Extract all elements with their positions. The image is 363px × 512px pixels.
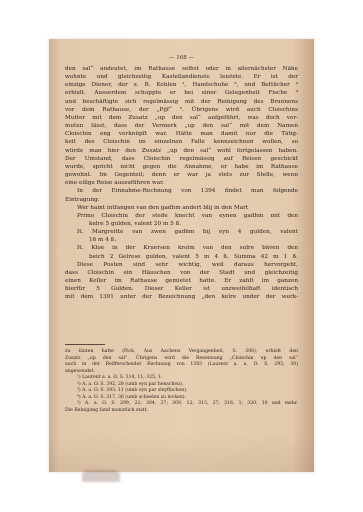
footnotes: zu läuten hatte (Pick, Aus Aachens Verga… xyxy=(65,349,298,414)
text-line: Eintragung: xyxy=(65,196,298,204)
text-line: einzige Diener, der z. B. Kohlen ¹, Hand… xyxy=(65,81,298,89)
text-line: würde man hier den Zusatz „up den sal“ w… xyxy=(65,147,298,155)
quote-line: beich 2 Gelrese gulden, valent 5 m 4 ß. … xyxy=(65,253,298,261)
quote-line: Primo Cloischin der stede knecht van eyn… xyxy=(65,212,298,220)
text-line: vor dem Rathause, der „Pijf“ ⁵. Übrigens… xyxy=(65,106,298,114)
footnote-divider xyxy=(65,344,105,345)
book-page: — 168 — den sal“ andeutet, im Rathause s… xyxy=(49,39,314,472)
scan-shadow xyxy=(82,470,120,482)
quote-line: It. Margreitte van zwen gadhm bij eyn 4 … xyxy=(65,228,298,236)
text-line: Diese Posten sind sehr wichtig, weil dar… xyxy=(65,261,298,269)
text-line: dass Cloischin ein Häuschen von der Stad… xyxy=(65,269,298,277)
main-text: den sal“ andeutet, im Rathause selbst od… xyxy=(65,65,298,302)
page-number: — 168 — xyxy=(49,55,314,61)
text-line: Mutter mit dem Zusatz „up den sal“ aufge… xyxy=(65,114,298,122)
footnote-line: auch in der Reifferscheider Rechnung von… xyxy=(65,362,298,369)
quote-line: kelre 5 gulden, valent 20 m 5 ß. xyxy=(65,220,298,228)
text-line: Der Umstand, dass Cloischin regelmässig … xyxy=(65,155,298,163)
footnote-closing: Die Reinigung fand monatlich statt. xyxy=(65,408,298,415)
text-line: muten lässt, dass der Vermerk „up den sa… xyxy=(65,122,298,130)
quote-line: 16 m 4 ß. xyxy=(65,236,298,244)
text-line: wurde, spricht nicht gegen die Annahme, … xyxy=(65,163,298,171)
text-line: mit dem 1391 unter der Bezeichnung „den … xyxy=(65,293,298,301)
text-line: und beschäftigte sich regelmässig mit de… xyxy=(65,98,298,106)
quote-line: It. Kloe in der Kruersen kroim van den s… xyxy=(65,244,298,252)
text-line: den sal“ andeutet, im Rathause selbst od… xyxy=(65,65,298,73)
footnote-line: zu läuten hatte (Pick, Aus Aachens Verga… xyxy=(65,349,298,356)
text-line: wohnte und gleichzeitig Kastellandienste… xyxy=(65,73,298,81)
text-line: gewohnt. Im Gegenteil; denn er war ja st… xyxy=(65,171,298,179)
text-line: hierfür 5 Gulden. Dieser Keller ist unzw… xyxy=(65,285,298,293)
text-line: einen Keller im Rathause gemietet hatte.… xyxy=(65,277,298,285)
text-line: Cloischin eng verknüpft war. Hätte man d… xyxy=(65,130,298,138)
quote-line: Wer haint intfangen van den gadhm andert… xyxy=(65,204,298,212)
text-line: eine eilige Reise auszuführen war. xyxy=(65,179,298,187)
text-line: In der Einnahme-Rechnung von 1394 findet… xyxy=(65,187,298,195)
text-line: keit des Cloischin im einzelnen Falle ke… xyxy=(65,138,298,146)
text-line: erhielt. Ausserdem schuppte er bei einer… xyxy=(65,89,298,97)
footnote-5: ⁵) A. a. O. S. 299, 22; 304, 27; 309, 12… xyxy=(65,401,298,408)
